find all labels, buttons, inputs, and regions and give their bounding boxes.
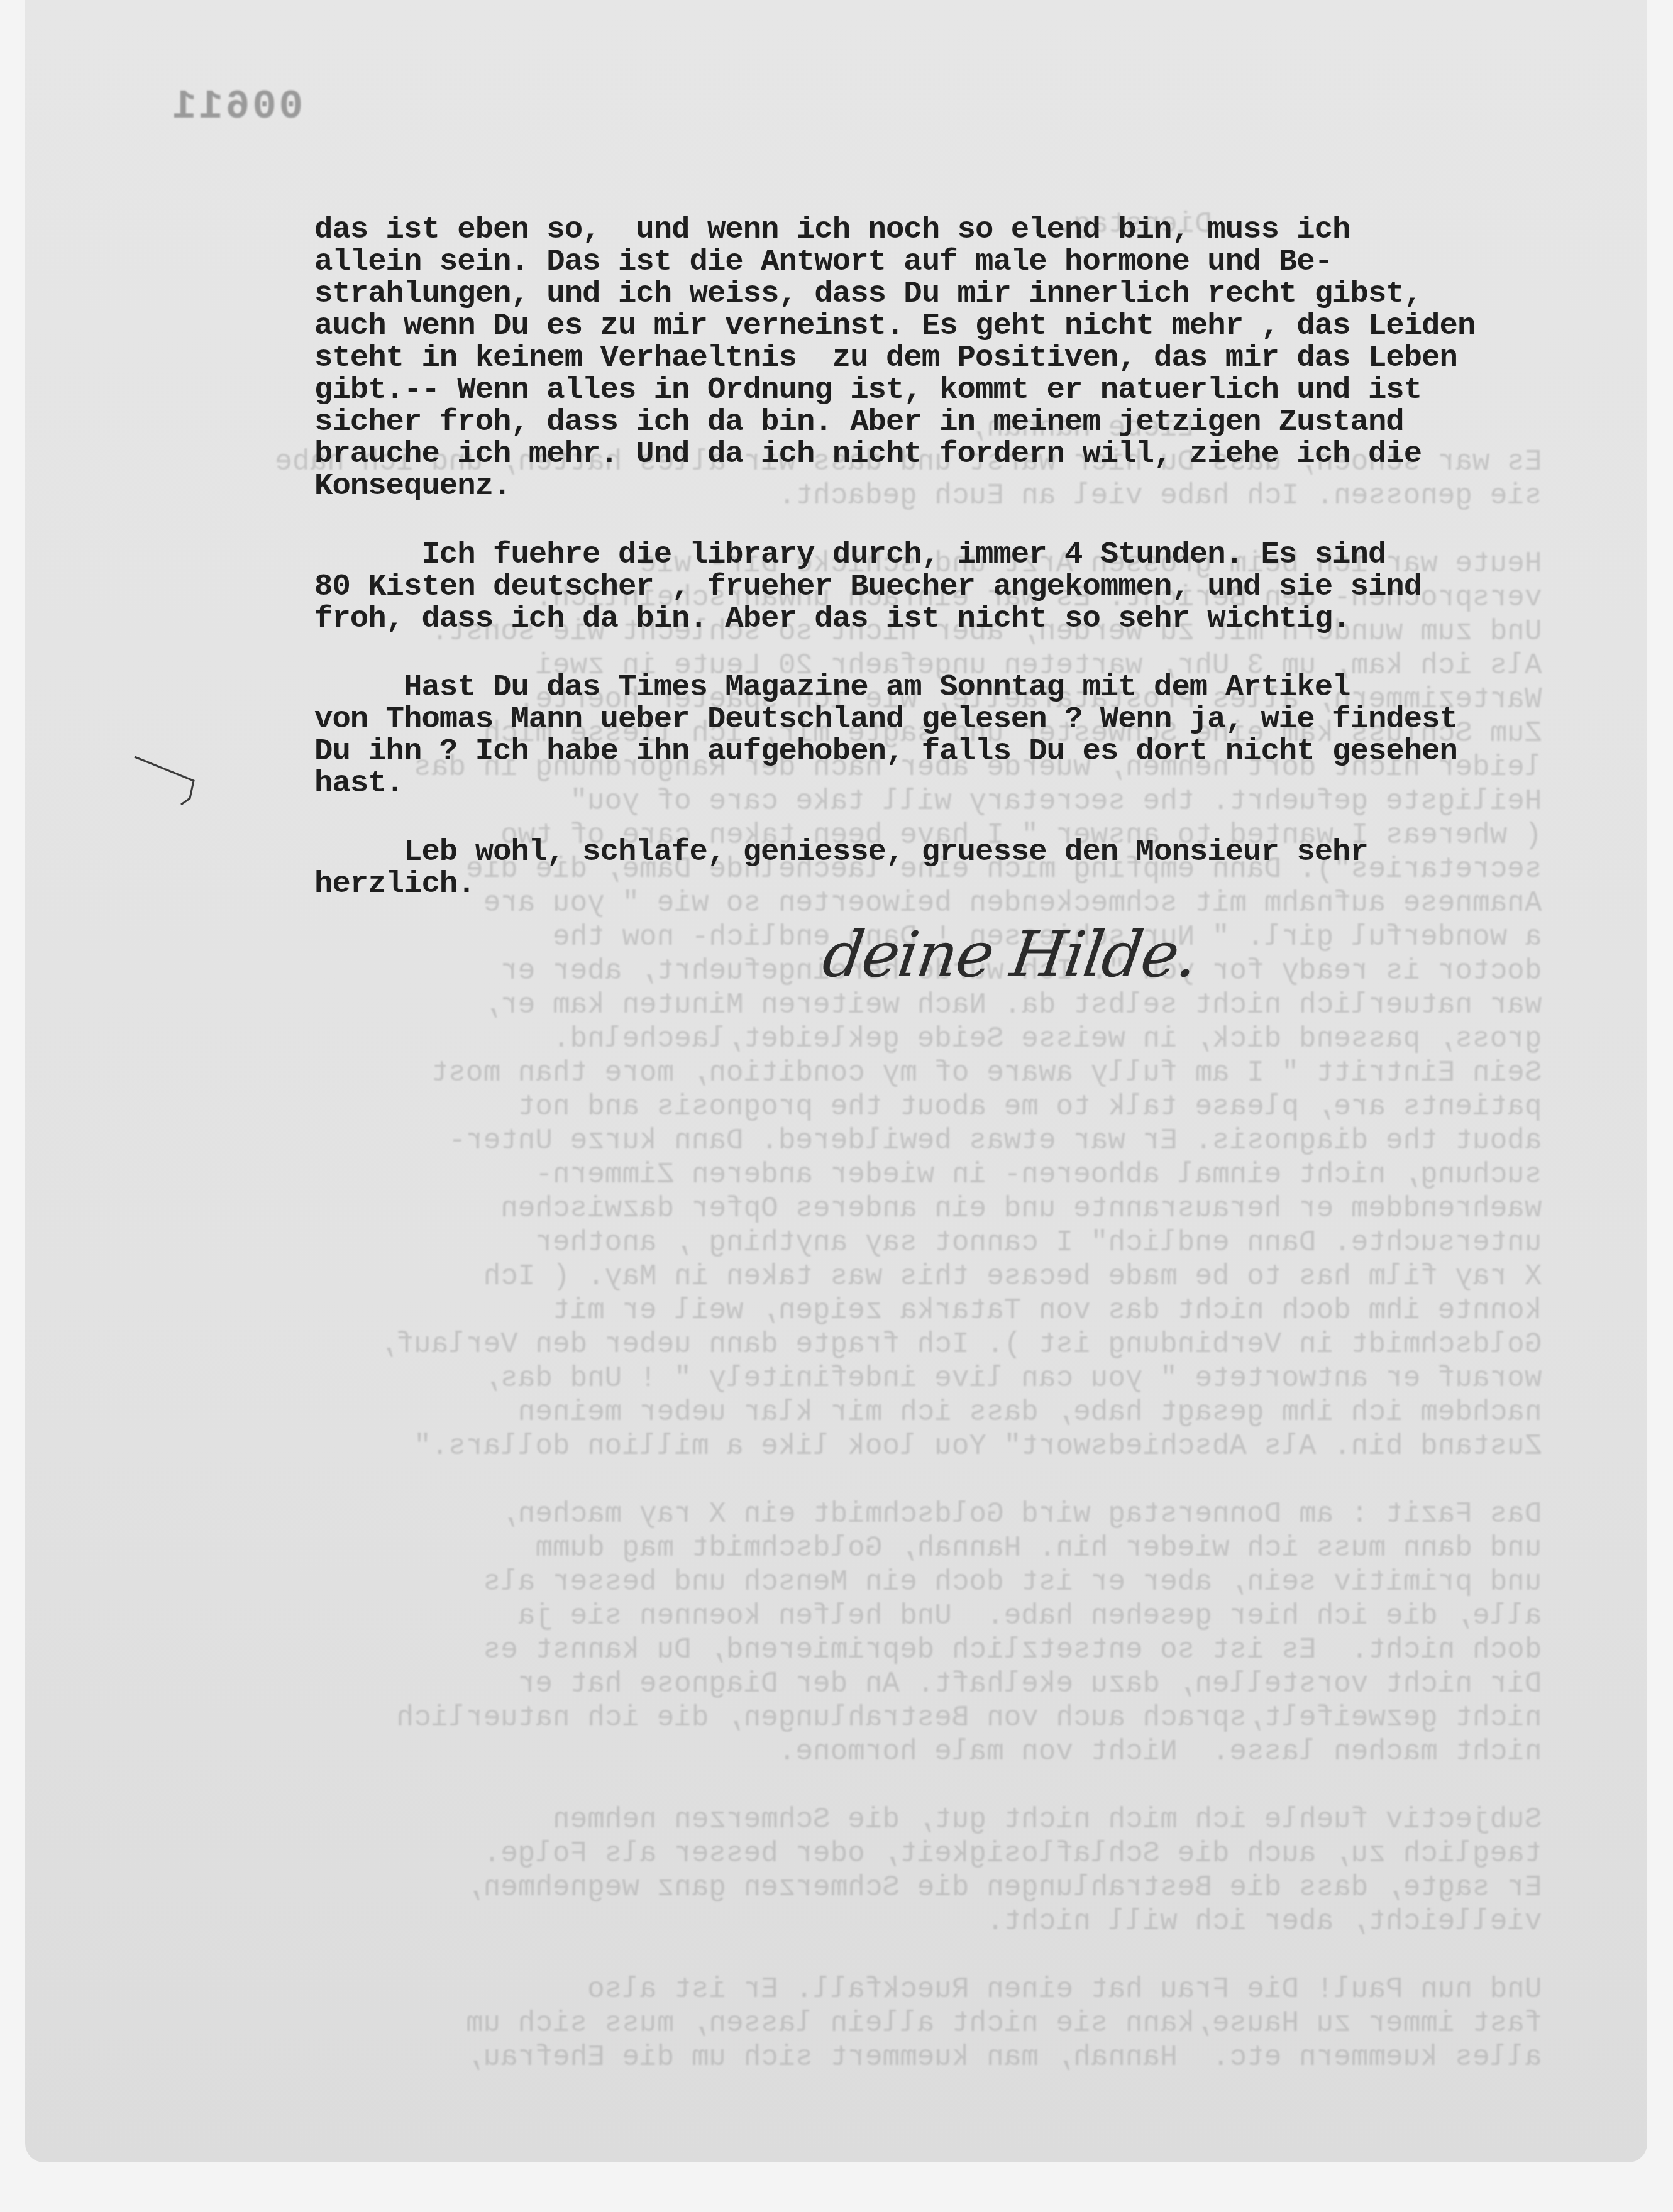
- bleed-line: taeglich zu, auch die Schlaflosigkeit, o…: [239, 1837, 1559, 1871]
- text-line: Du ihn ? Ich habe ihn aufgehoben, falls …: [314, 735, 1597, 768]
- text-line: strahlungen, und ich weiss, dass Du mir …: [314, 278, 1597, 310]
- text-line: von Thomas Mann ueber Deutschland gelese…: [314, 703, 1597, 735]
- bleed-line: nachdem ich ihm gesagt habe, dass ich mi…: [239, 1395, 1559, 1429]
- bleed-line: Subjectiv fuehle ich mich nicht gut, die…: [239, 1803, 1559, 1837]
- bleed-line: suchung, nicht einmal abhoeren- in wiede…: [239, 1158, 1559, 1192]
- archive-number-mirrored: 00611: [170, 85, 303, 130]
- bleed-line: gross, passend dick, in weisse Seide gek…: [239, 1022, 1559, 1056]
- text-line: Leb wohl, schlafe, geniesse, gruesse den…: [314, 836, 1597, 868]
- text-line: Konsequenz.: [314, 470, 1597, 502]
- text-line: froh, dass ich da bin. Aber das ist nich…: [314, 603, 1597, 635]
- bleed-line: und primitiv sein, aber er ist doch ein …: [239, 1565, 1559, 1599]
- bleed-line: [239, 1769, 1559, 1803]
- text-line: gibt.-- Wenn alles in Ordnung ist, kommt…: [314, 374, 1597, 406]
- text-line: 80 Kisten deutscher , frueher Buecher an…: [314, 571, 1597, 603]
- text-line: steht in keinem Verhaeltnis zu dem Posit…: [314, 342, 1597, 374]
- bleed-line: alle, die ich hier gesehen habe. Und hel…: [239, 1599, 1559, 1633]
- bleed-line: [239, 1463, 1559, 1497]
- text-line: Hast Du das Times Magazine am Sonntag mi…: [314, 671, 1597, 703]
- handwritten-signature: deine Hilde.: [819, 918, 1201, 991]
- bleed-line: fast immer zu Hause,kann sie nicht allei…: [239, 2006, 1559, 2040]
- paragraph-1: das ist eben so, und wenn ich noch so el…: [314, 214, 1597, 502]
- letter-body: das ist eben so, und wenn ich noch so el…: [314, 214, 1597, 900]
- bleed-line: Zustand bin. Als Abschiedswort" You look…: [239, 1429, 1559, 1463]
- bleed-line: konnte ihm doch nicht das von Tatarka ze…: [239, 1294, 1559, 1328]
- bleed-line: Goldschmidt in Verbindung ist ). Ich fra…: [239, 1328, 1559, 1362]
- bleed-line: untersuchte. Dann endlich" I cannot say …: [239, 1226, 1559, 1260]
- bleed-line: worauf er antwortete " you can live inde…: [239, 1362, 1559, 1395]
- paragraph-2: Ich fuehre die library durch, immer 4 St…: [314, 539, 1597, 635]
- bleed-line: about the diagnosis. Er war etwas bewild…: [239, 1124, 1559, 1158]
- bleed-line: alles kuemmern etc. Hannah, man kuemmert…: [239, 2040, 1559, 2074]
- bleed-line: und dann muss ich wieder hin. Hannah, Go…: [239, 1531, 1559, 1565]
- bleed-line: vielleicht, aber ich will nicht.: [239, 1905, 1559, 1939]
- bleed-line: war natuerlich nicht selbst da. Nach wei…: [239, 988, 1559, 1022]
- text-line: sicher froh, dass ich da bin. Aber in me…: [314, 406, 1597, 438]
- bleed-line: nicht machen lasse. Nicht von male hormo…: [239, 1735, 1559, 1769]
- text-line: Ich fuehre die library durch, immer 4 St…: [314, 539, 1597, 571]
- bleed-line: patients are, please talk to me about th…: [239, 1090, 1559, 1124]
- text-line: auch wenn Du es zu mir verneinst. Es geh…: [314, 310, 1597, 342]
- bleed-line: Er sagte, dass die Bestrahlungen die Sch…: [239, 1871, 1559, 1905]
- pen-mark-icon: [132, 754, 207, 805]
- bleed-line: X ray film has to be made becase this wa…: [239, 1260, 1559, 1294]
- text-line: hast.: [314, 768, 1597, 800]
- bleed-line: nicht gezweifelt,sprach auch von Bestrah…: [239, 1701, 1559, 1735]
- text-line: allein sein. Das ist die Antwort auf mal…: [314, 246, 1597, 278]
- bleed-line: waehrenddem er herausrannte und ein ande…: [239, 1192, 1559, 1226]
- bleed-line: Und nun Paul! Die Frau hat einen Rueckfa…: [239, 1973, 1559, 2006]
- bleed-line: doch nicht. Es ist so entsetzlich deprim…: [239, 1633, 1559, 1667]
- paragraph-4: Leb wohl, schlafe, geniesse, gruesse den…: [314, 836, 1597, 900]
- bleed-line: Sein Eintritt " I am fully aware of my c…: [239, 1056, 1559, 1090]
- text-line: herzlich.: [314, 868, 1597, 900]
- bleed-line: Dir nicht vorstellen, dazu ekelhaft. An …: [239, 1667, 1559, 1701]
- paragraph-3: Hast Du das Times Magazine am Sonntag mi…: [314, 671, 1597, 800]
- text-line: das ist eben so, und wenn ich noch so el…: [314, 214, 1597, 246]
- bleed-line: [239, 1939, 1559, 1973]
- bleed-line: Das Fazit : am Donnerstag wird Goldschmi…: [239, 1497, 1559, 1531]
- text-line: brauche ich mehr. Und da ich nicht forde…: [314, 438, 1597, 470]
